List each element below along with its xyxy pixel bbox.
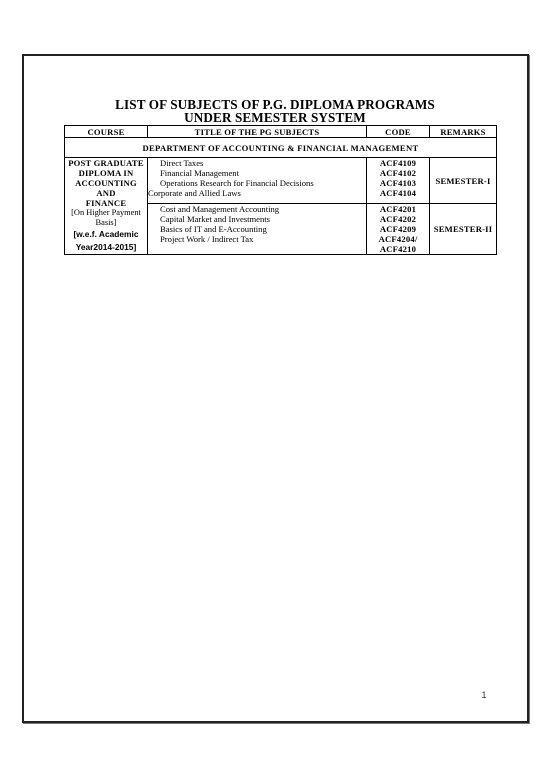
course-wef-line: Year2014-2015]	[65, 241, 147, 254]
course-name-line: ACCOUNTING AND	[65, 178, 147, 198]
course-name-line: DIPLOMA IN	[65, 168, 147, 178]
table-header-row: COURSE TITLE OF THE PG SUBJECTS CODE REM…	[65, 126, 497, 138]
subject-code: ACF4209	[367, 224, 429, 234]
subject-code: ACF4109	[367, 158, 429, 168]
subject-code: ACF4201	[367, 204, 429, 214]
subject-item: Direct Taxes	[160, 158, 366, 168]
header-course: COURSE	[65, 126, 148, 138]
subject-item: Corporate and Allied Laws	[148, 188, 366, 198]
subject-code: ACF4103	[367, 178, 429, 188]
semester-1-remark: SEMESTER-I	[430, 158, 497, 204]
department-row: DEPARTMENT OF ACCOUNTING & FINANCIAL MAN…	[65, 138, 497, 158]
subject-code: ACF4210	[367, 244, 429, 254]
course-basis-line: Basis]	[65, 218, 147, 228]
department-name: DEPARTMENT OF ACCOUNTING & FINANCIAL MAN…	[65, 138, 497, 158]
subject-item: Cost and Management Accounting	[160, 204, 366, 214]
header-remarks: REMARKS	[430, 126, 497, 138]
page-number: 1	[479, 690, 489, 700]
subject-code: ACF4202	[367, 214, 429, 224]
subject-code: ACF4204/	[367, 234, 429, 244]
subject-code: ACF4102	[367, 168, 429, 178]
document-subtitle: UNDER SEMESTER SYSTEM	[0, 111, 550, 125]
subject-item: Operations Research for Financial Decisi…	[160, 178, 366, 188]
course-cell: POST GRADUATE DIPLOMA IN ACCOUNTING AND …	[65, 158, 148, 255]
semester-1-codes: ACF4109 ACF4102 ACF4103 ACF4104	[367, 158, 430, 204]
course-basis-line: [On Higher Payment	[65, 208, 147, 218]
subject-code: ACF4104	[367, 188, 429, 198]
course-name-line: POST GRADUATE	[65, 158, 147, 168]
subjects-table: COURSE TITLE OF THE PG SUBJECTS CODE REM…	[64, 125, 497, 255]
semester-2-codes: ACF4201 ACF4202 ACF4209 ACF4204/ ACF4210	[367, 204, 430, 255]
subject-item: Basics of IT and E-Accounting	[160, 224, 366, 234]
subject-item: Project Work / Indirect Tax	[160, 234, 366, 244]
semester-2-remark: SEMESTER-II	[430, 204, 497, 255]
semester-1-subjects: Direct Taxes Financial Management Operat…	[148, 158, 367, 204]
header-code: CODE	[367, 126, 430, 138]
course-wef-line: [w.e.f. Academic	[65, 228, 147, 241]
subject-item: Capital Market and Investments	[160, 214, 366, 224]
semester-2-subjects: Cost and Management Accounting Capital M…	[148, 204, 367, 255]
header-title: TITLE OF THE PG SUBJECTS	[148, 126, 367, 138]
table-row-semester-1: POST GRADUATE DIPLOMA IN ACCOUNTING AND …	[65, 158, 497, 204]
subject-item: Financial Management	[160, 168, 366, 178]
course-name-line: FINANCE	[65, 198, 147, 208]
